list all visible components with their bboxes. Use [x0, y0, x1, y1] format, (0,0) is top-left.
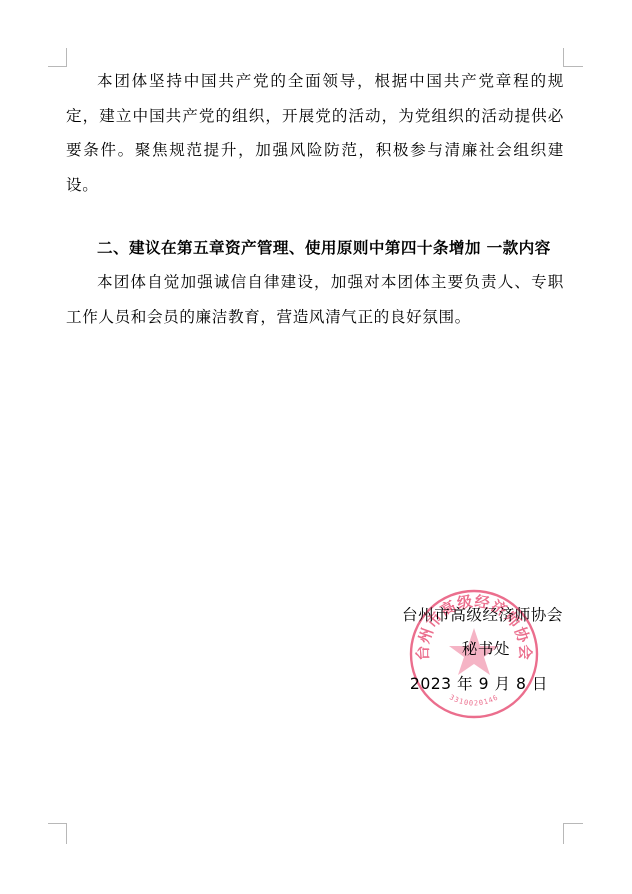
svg-text:3310020146: 3310020146 — [448, 693, 500, 707]
corner-mark-top-right — [563, 48, 583, 67]
corner-mark-bottom-left — [48, 823, 67, 844]
signature-organization: 台州市高级经济师协会 — [380, 603, 563, 625]
signature-date: 2023 年 9 月 8 日 — [380, 672, 548, 694]
document-page: 本团体坚持中国共产党的全面领导，根据中国共产党章程的规定，建立中国共产党的组织，… — [0, 0, 632, 894]
seal-serial: 3310020146 — [448, 693, 500, 707]
corner-mark-bottom-right — [563, 823, 583, 844]
document-body: 本团体坚持中国共产党的全面领导，根据中国共产党章程的规定，建立中国共产党的组织，… — [66, 64, 564, 334]
signature-department: 秘书处 — [380, 637, 510, 659]
paragraph-integrity: 本团体自觉加强诚信自律建设，加强对本团体主要负责人、专职工作人员和会员的廉洁教育… — [66, 265, 564, 334]
section-heading: 二、建议在第五章资产管理、使用原则中第四十条增加 一款内容 — [66, 232, 564, 265]
corner-mark-top-left — [48, 48, 67, 67]
paragraph-party-leadership: 本团体坚持中国共产党的全面领导，根据中国共产党章程的规定，建立中国共产党的组织，… — [66, 64, 564, 202]
